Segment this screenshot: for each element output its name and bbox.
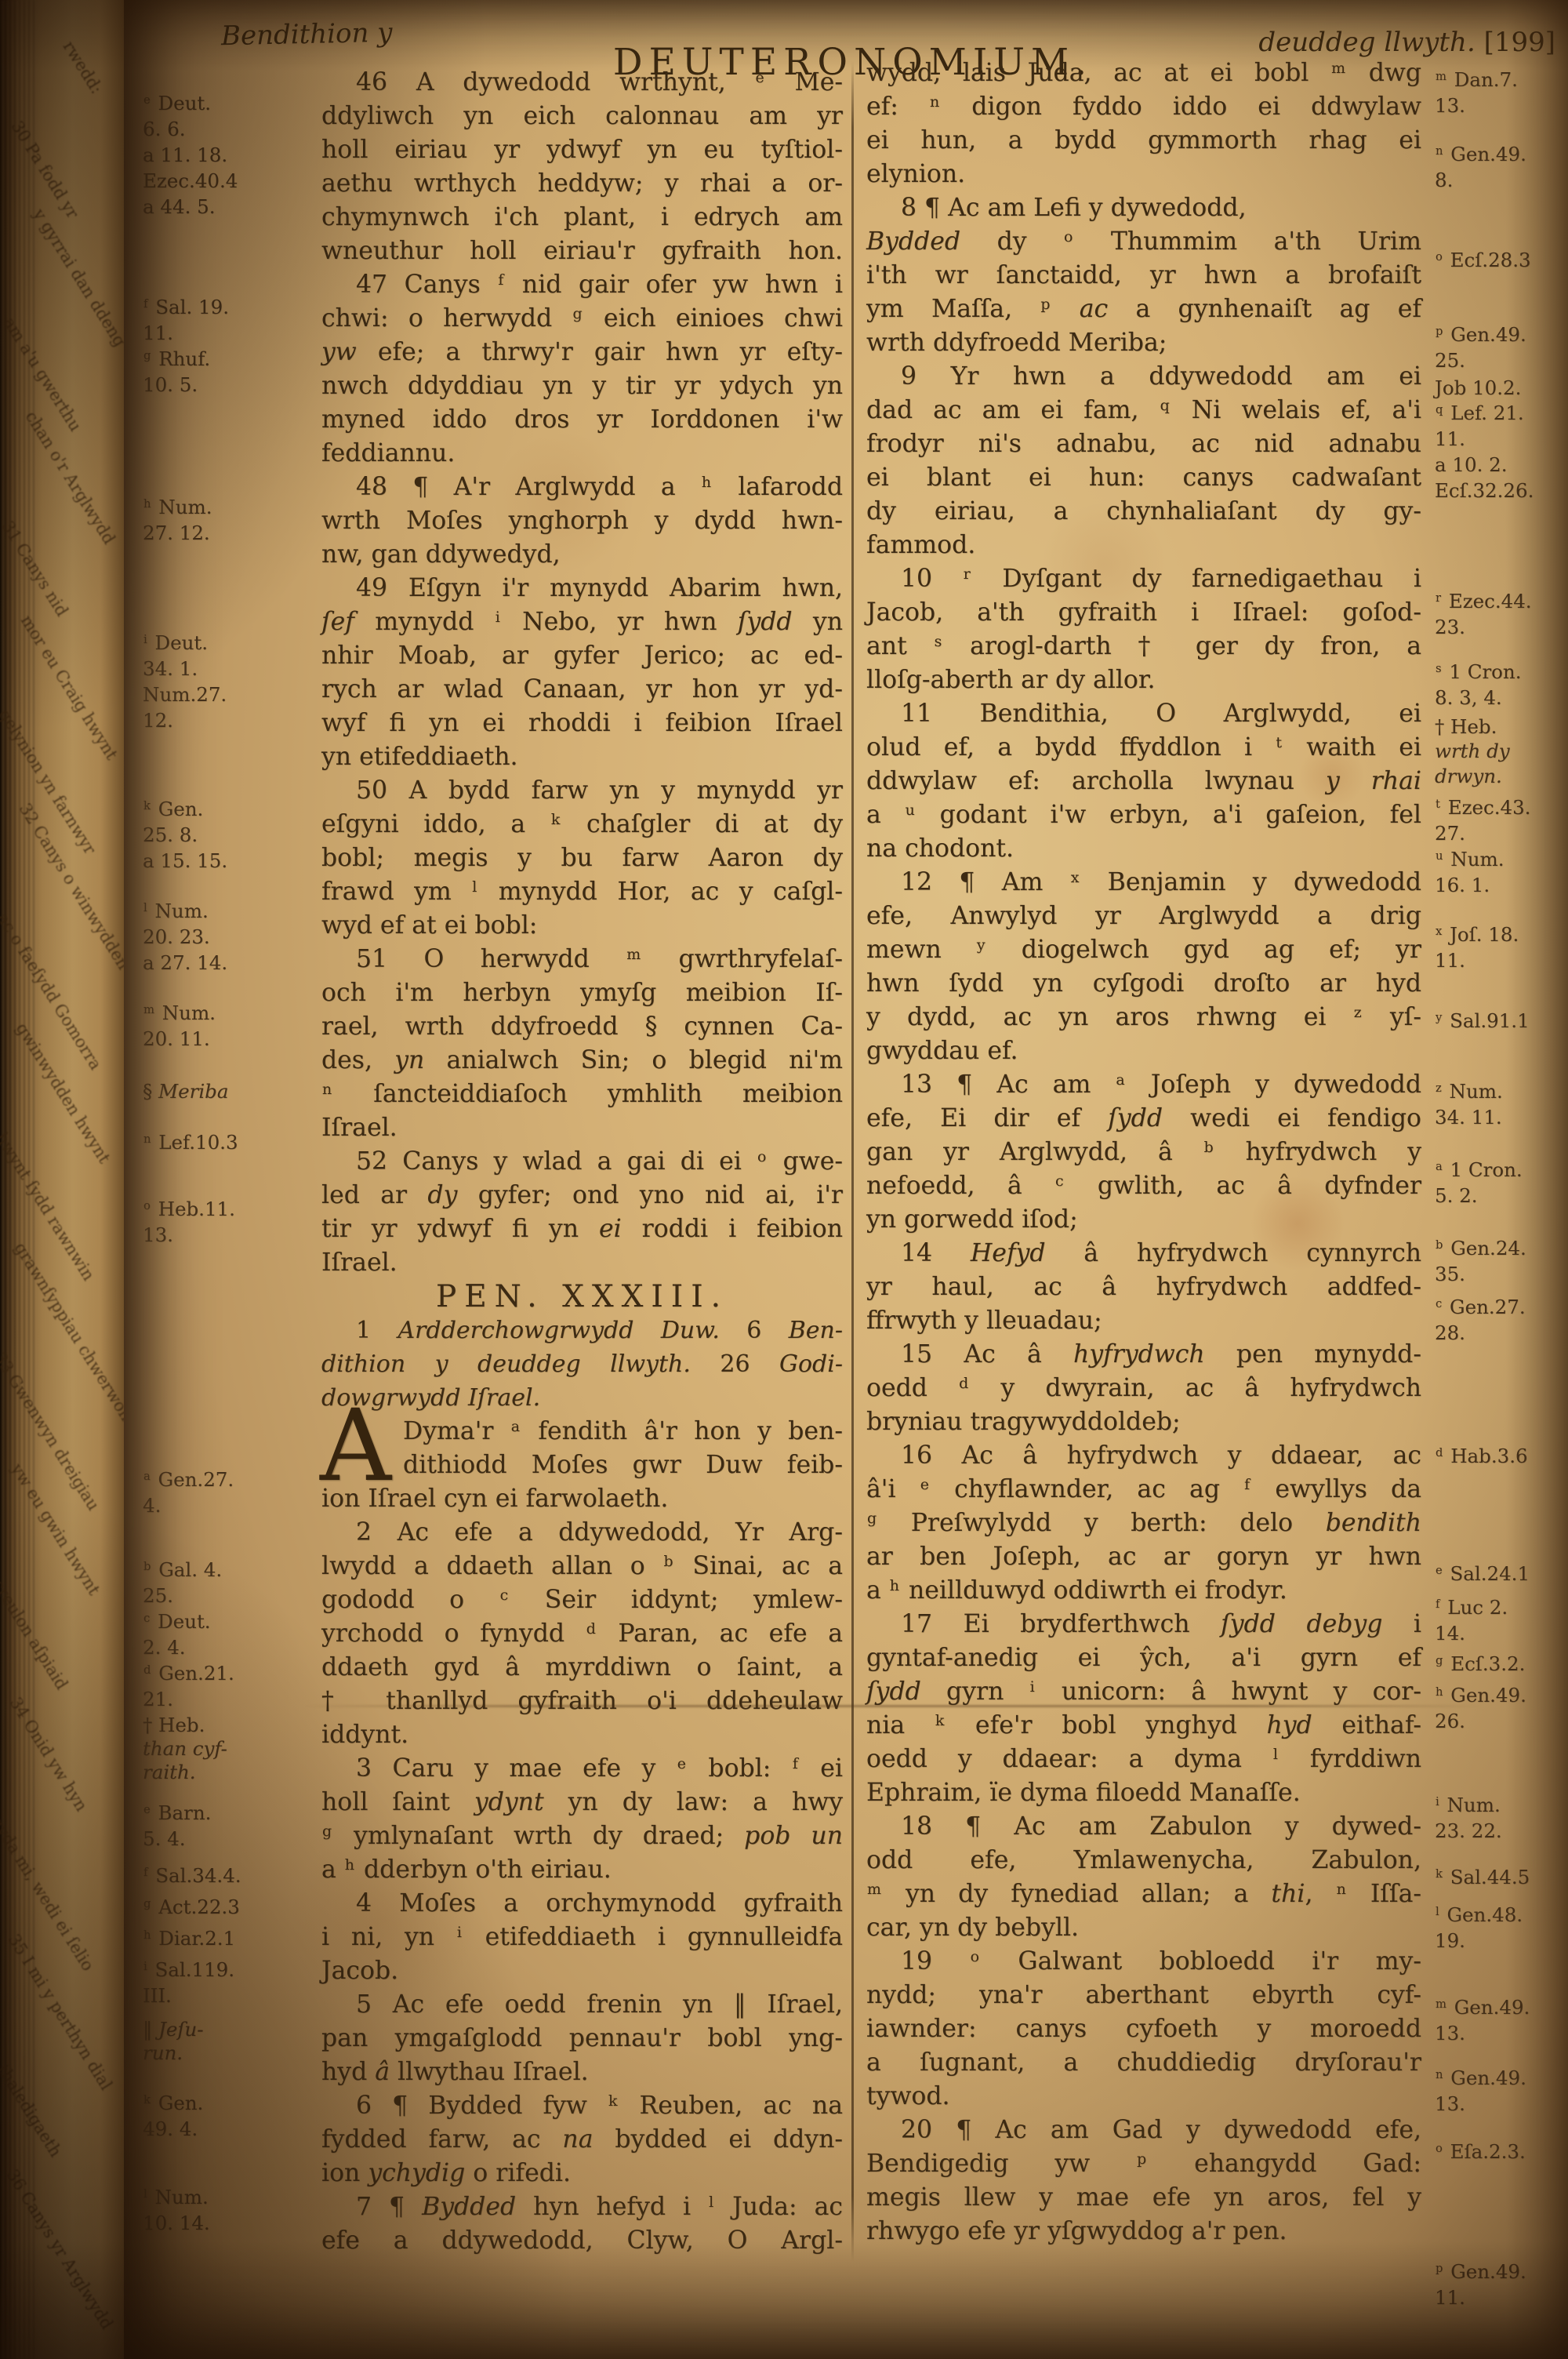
margin-note: 12. xyxy=(143,709,173,732)
text-line: nhir Moab, ar gyfer Jerico; ac ed- xyxy=(321,639,843,673)
margin-note: m Gen.49. xyxy=(1435,1996,1530,2019)
text-line: 4 Moſes a orchymynodd gyfraith xyxy=(321,1887,843,1921)
text-line: holl eiriau yr ydwyf yn eu tyſtiol- xyxy=(321,133,843,167)
text-line: 18 ¶ Ac am Zabulon y dywed- xyxy=(866,1810,1421,1844)
page: Bendithion y DEUTERONOMIUM. deuddeg llwy… xyxy=(124,0,1568,2359)
text-line: bobl; megis y bu farw Aaron dy xyxy=(321,841,843,875)
margin-note: o Heb.11. xyxy=(143,1198,235,1221)
text-line: pan ymgaſglodd pennau'r bobl yng- xyxy=(321,2022,843,2055)
margin-note: e Barn. xyxy=(143,1801,211,1825)
adjacent-page-text-fragment: rwedd: xyxy=(60,38,107,97)
margin-note: 14. xyxy=(1435,1622,1465,1645)
text-line: lloſg-aberth ar dy allor. xyxy=(866,663,1421,697)
margin-note: f Luc 2. xyxy=(1435,1596,1508,1619)
text-line: olud ef, a bydd ffyddlon i t waith ei xyxy=(866,731,1421,765)
text-line: 14 Hefyd â hyfrydwch cynnyrch xyxy=(866,1237,1421,1270)
margin-note: 6. 6. xyxy=(143,118,186,141)
margin-note: § Meriba xyxy=(143,1080,228,1103)
text-line: hyd â llwythau Iſrael. xyxy=(321,2055,843,2089)
margin-note: c Gen.27. xyxy=(1435,1296,1526,1319)
text-line: ſydd gyrn i unicorn: â hwynt y cor- xyxy=(866,1675,1421,1709)
text-line: 50 A bydd farw yn y mynydd yr xyxy=(321,774,843,808)
text-line: Dyma'r a fendith â'r hon y ben- xyxy=(403,1415,843,1448)
margin-note: n Gen.49. xyxy=(1435,2066,1526,2090)
text-line: wyd ef at ei bobl: xyxy=(321,909,843,943)
text-line: des, yn anialwch Sin; o blegid ni'm xyxy=(321,1044,843,1078)
paper-crease xyxy=(304,1705,1480,1707)
text-line: ant s arogl-darth † ger dy fron, a xyxy=(866,630,1421,663)
margin-note: h Diar.2.1 xyxy=(143,1927,235,1950)
text-line: tir yr ydwyf fi yn ei roddi i feibion xyxy=(321,1212,843,1246)
text-line: nw, gan ddywedyd, xyxy=(321,538,843,572)
text-line: Bydded dy o Thummim a'th Urim xyxy=(866,225,1421,259)
margin-note: Num.27. xyxy=(143,683,227,707)
margin-note: f Sal.34.4. xyxy=(143,1864,241,1888)
text-line: dithion y deuddeg llwyth. 26 Godi- xyxy=(321,1347,843,1381)
margin-note: Ecſ.32.26. xyxy=(1435,479,1534,503)
text-line: ffrwyth y lleuadau; xyxy=(866,1304,1421,1338)
text-line: a h dderbyn o'th eiriau. xyxy=(321,1853,843,1887)
text-line: mewn y diogelwch gyd ag ef; yr xyxy=(866,933,1421,967)
margin-note: 5. 2. xyxy=(1435,1184,1478,1208)
text-line: chymynwch i'ch plant, i edrych am xyxy=(321,201,843,234)
text-line: gan yr Arglwydd, â b hyfrydwch y xyxy=(866,1136,1421,1169)
margin-notes-left: e Deut.6. 6.a 11. 18.Ezec.40.4a 44. 5.f … xyxy=(143,0,319,2359)
text-line: dy eiriau, a chynhaliaſant dy gy- xyxy=(866,495,1421,529)
margin-note: f Sal. 19. xyxy=(143,296,229,319)
margin-note: o Eſa.2.3. xyxy=(1435,2140,1526,2164)
text-line: holl ſaint ydynt yn dy law: a hwy xyxy=(321,1786,843,1819)
text-line: 10 r Dyſgant dy farnedigaethau i xyxy=(866,562,1421,596)
margin-note: 21. xyxy=(143,1688,173,1711)
margin-note: 25. xyxy=(143,1584,173,1608)
margin-note: h Gen.49. xyxy=(1435,1684,1526,1707)
column-rule xyxy=(851,61,854,2262)
margin-note: 20. 11. xyxy=(143,1027,210,1051)
margin-note: c Deut. xyxy=(143,1610,211,1634)
text-line: ei blant ei hun: canys cadwaſant xyxy=(866,461,1421,495)
margin-note: 10. 14. xyxy=(143,2212,210,2235)
text-line: megis llew y mae efe yn aros, fel y xyxy=(866,2181,1421,2215)
text-line: eſgyni iddo, a k chaſgler di at dy xyxy=(321,808,843,841)
margin-note: h Num. xyxy=(143,496,212,519)
text-line: wyf fi yn ei rhoddi i feibion Iſrael xyxy=(321,707,843,740)
text-line: a u godant i'w erbyn, a'i gaſeion, fel xyxy=(866,798,1421,832)
margin-note: b Gen.24. xyxy=(1435,1237,1526,1260)
margin-note: Ezec.40.4 xyxy=(143,169,238,193)
margin-note: l Num. xyxy=(143,2186,209,2209)
book-photo: rwedd:30 Pa fodd yry gyrrai dan ddengam … xyxy=(0,0,1568,2359)
text-line: 52 Canys y wlad a gai di ei o gwe- xyxy=(321,1145,843,1179)
margin-note: 13. xyxy=(1435,2022,1465,2045)
text-line: PEN. XXXIII. xyxy=(321,1280,843,1314)
margin-note: 13. xyxy=(143,1223,173,1247)
text-line: led ar dy gyfer; ond yno nid ai, i'r xyxy=(321,1179,843,1212)
text-line: bryniau tragywyddoldeb; xyxy=(866,1405,1421,1439)
text-line: frodyr ni's adnabu, ac nid adnabu xyxy=(866,427,1421,461)
text-line: 6 ¶ Bydded fyw k Reuben, ac na xyxy=(321,2089,843,2123)
margin-note: i Deut. xyxy=(143,631,208,655)
text-line: yr haul, ac â hyfrydwch addfed- xyxy=(866,1270,1421,1304)
margin-note: k Gen. xyxy=(143,2092,203,2115)
margin-note: 13. xyxy=(1435,94,1465,118)
text-line: Jacob. xyxy=(321,1954,843,1988)
text-line: aethu wrthych heddyw; y rhai a or- xyxy=(321,167,843,201)
text-line: nwch ddyddiau yn y tir yr ydych yn xyxy=(321,369,843,403)
text-line: chwi: o herwydd g eich einioes chwi xyxy=(321,302,843,336)
margin-note: i Num. xyxy=(1435,1794,1501,1817)
text-line: â'i e chyflawnder, ac ag f ewyllys da xyxy=(866,1473,1421,1507)
margin-note: x Joſ. 18. xyxy=(1435,923,1519,947)
margin-note: p Gen.49. xyxy=(1435,323,1526,347)
text-line: i ni, yn i etifeddiaeth i gynnulleidfa xyxy=(321,1921,843,1954)
text-line: 5 Ac efe oedd frenin yn ‖ Iſrael, xyxy=(321,1988,843,2022)
margin-note: b Gal. 4. xyxy=(143,1558,222,1582)
margin-note: 25. 8. xyxy=(143,823,198,847)
text-line: Iſrael. xyxy=(321,1111,843,1145)
margin-note: 35. xyxy=(1435,1263,1465,1286)
text-line: rael, wrth ddyfroedd § cynnen Ca- xyxy=(321,1010,843,1044)
text-line: 19 o Galwant bobloedd i'r my- xyxy=(866,1945,1421,1979)
margin-note: a 27. 14. xyxy=(143,951,227,975)
margin-note: 27. 12. xyxy=(143,522,210,545)
text-line: feddiannu. xyxy=(321,437,843,471)
margin-note: 16. 1. xyxy=(1435,874,1490,897)
text-line: na chodont. xyxy=(866,832,1421,866)
margin-note: n Gen.49. xyxy=(1435,143,1526,166)
text-line: 3 Caru y mae efe y e bobl: f ei xyxy=(321,1752,843,1786)
text-line: 17 Ei brydferthwch ſydd debyg i xyxy=(866,1608,1421,1641)
drop-cap: A xyxy=(320,1402,400,1490)
text-line: tywod. xyxy=(866,2080,1421,2114)
text-line: rych ar wlad Canaan, yr hon yr yd- xyxy=(321,673,843,707)
margin-note: † Heb. xyxy=(1435,715,1497,739)
margin-note: o Ecſ.28.3 xyxy=(1435,249,1531,272)
margin-note: e Sal.24.1 xyxy=(1435,1562,1530,1586)
text-line: dad ac am ei fam, q Ni welais ef, a'i xyxy=(866,394,1421,427)
margin-note: s 1 Cron. xyxy=(1435,660,1522,684)
adjacent-page-edge: rwedd:30 Pa fodd yry gyrrai dan ddengam … xyxy=(0,0,140,2359)
margin-note: y Sal.91.1 xyxy=(1435,1009,1530,1033)
text-line: oedd d y dwyrain, ac â hyfrydwch xyxy=(866,1372,1421,1405)
text-line: 8 ¶ Ac am Lefi y dywedodd, xyxy=(866,191,1421,225)
text-line: elynion. xyxy=(866,158,1421,191)
margin-note: g Ecſ.3.2. xyxy=(1435,1652,1525,1676)
margin-note: 23. xyxy=(1435,616,1465,639)
text-line: lwydd a ddaeth allan o b Sinai, ac a xyxy=(321,1550,843,1583)
text-line: g Preſwylydd y berth: delo bendith xyxy=(866,1507,1421,1540)
text-line: ion ychydig o rifedi. xyxy=(321,2157,843,2190)
text-line: ſef mynydd i Nebo, yr hwn ſydd yn xyxy=(321,605,843,639)
text-line: 47 Canys f nid gair ofer yw hwn i xyxy=(321,268,843,302)
margin-note: † Heb. xyxy=(143,1714,205,1737)
text-line: rhwygo efe yr yſgwyddog a'r pen. xyxy=(866,2215,1421,2248)
margin-note: 11. xyxy=(1435,427,1465,451)
text-line: efe, Ei dir ef ſydd wedi ei fendigo xyxy=(866,1102,1421,1136)
margin-note: g Act.22.3 xyxy=(143,1896,240,1919)
text-line: Iſrael. xyxy=(321,1246,843,1280)
text-line: odd efe, Ymlawenycha, Zabulon, xyxy=(866,1844,1421,1877)
adjacent-page-text-fragment: y gyrrai dan ddeng xyxy=(30,205,130,350)
text-line: † thanllyd gyfraith o'i ddeheulaw xyxy=(321,1685,843,1718)
margin-note: u Num. xyxy=(1435,848,1504,871)
margin-note: g Rhuf. xyxy=(143,347,210,371)
text-line: oedd y ddaear: a dyma l fyrddiwn xyxy=(866,1743,1421,1776)
margin-note: than cyf- xyxy=(143,1737,227,1761)
text-line: nefoedd, â c gwlith, ac â dyfnder xyxy=(866,1169,1421,1203)
text-line: fammod. xyxy=(866,529,1421,562)
margin-note: 26. xyxy=(1435,1710,1465,1733)
text-line: 16 Ac â hyfrydwch y ddaear, ac xyxy=(866,1439,1421,1473)
text-line: nia k efe'r bobl ynghyd hyd eithaf- xyxy=(866,1709,1421,1743)
margin-note: 13. xyxy=(1435,2092,1465,2116)
margin-note: m Num. xyxy=(143,1001,216,1025)
margin-note: 5. 4. xyxy=(143,1827,186,1851)
text-line: 9 Yr hwn a ddywedodd am ei xyxy=(866,360,1421,394)
text-line: ef: n digon fyddo iddo ei ddwylaw xyxy=(866,90,1421,124)
text-line: yn etifeddiaeth. xyxy=(321,740,843,774)
text-line: 49 Eſgyn i'r mynydd Abarim hwn, xyxy=(321,572,843,605)
text-line: Ephraim, ïe dyma filoedd Manaſſe. xyxy=(866,1776,1421,1810)
margin-note: t Ezec.43. xyxy=(1435,796,1530,820)
margin-note: 11. xyxy=(1435,949,1465,972)
margin-note: a Gen.27. xyxy=(143,1468,234,1492)
text-line: iawnder: canys cyfoeth y moroedd xyxy=(866,2012,1421,2046)
text-line: wrth Moſes ynghorph y dydd hwn- xyxy=(321,504,843,538)
margin-note: a 10. 2. xyxy=(1435,453,1508,477)
margin-note: 28. xyxy=(1435,1321,1465,1345)
text-line: myned iddo dros yr Iorddonen i'w xyxy=(321,403,843,437)
margin-note: 19. xyxy=(1435,1929,1465,1953)
text-line: a ſugnant, a chuddiedig dryſorau'r xyxy=(866,2046,1421,2080)
text-line: yn gorwedd iſod; xyxy=(866,1203,1421,1237)
text-line: frawd ym l mynydd Hor, ac y caſgl- xyxy=(321,875,843,909)
margin-note: 8. xyxy=(1435,169,1453,192)
text-line: 13 ¶ Ac am a Joſeph y dywedodd xyxy=(866,1068,1421,1102)
text-line: i'th wr ſanctaidd, yr hwn a brofaiſt xyxy=(866,259,1421,293)
text-line: n ſancteiddiaſoch ymhlith meibion xyxy=(321,1078,843,1111)
margin-note: wrth dy xyxy=(1435,740,1510,763)
text-line: yrchodd o fynydd d Paran, ac efe a xyxy=(321,1617,843,1651)
text-line: dithiodd Moſes gwr Duw feib- xyxy=(403,1448,843,1482)
margin-note: 23. 22. xyxy=(1435,1819,1502,1843)
text-line: ddwylaw ef: archolla lwynau y rhai xyxy=(866,765,1421,798)
margin-note: 25. xyxy=(1435,349,1465,373)
text-line: gyntaf-anedig ei ŷch, a'i gyrn ef xyxy=(866,1641,1421,1675)
text-line: iddynt. xyxy=(321,1718,843,1752)
margin-note: III. xyxy=(143,1984,172,2008)
text-line: 2 Ac efe a ddywedodd, Yr Arg- xyxy=(321,1516,843,1550)
text-line: 51 O herwydd m gwrthryfelaſ- xyxy=(321,943,843,976)
margin-note: 11. xyxy=(143,322,173,345)
text-line: wneuthur holl eiriau'r gyfraith hon. xyxy=(321,234,843,268)
text-line: 1 Ardderchowgrwydd Duw. 6 Ben- xyxy=(321,1314,843,1347)
text-line: ym Maſſa, p ac a gynhenaiſt ag ef xyxy=(866,293,1421,326)
margin-note: a 11. 18. xyxy=(143,144,227,167)
margin-note: l Gen.48. xyxy=(1435,1903,1523,1927)
text-line: 48 ¶ A'r Arglwydd a h lafarodd xyxy=(321,471,843,504)
margin-note: Job 10.2. xyxy=(1435,376,1521,400)
text-line: 20 ¶ Ac am Gad y dywedodd efe, xyxy=(866,2114,1421,2147)
margin-note: r Ezec.44. xyxy=(1435,590,1532,613)
text-column-left: A 46 A dywedodd wrthynt, e Me-ddyliwch y… xyxy=(321,66,843,2258)
margin-notes-right: m Dan.7.13.n Gen.49.8.o Ecſ.28.3p Gen.49… xyxy=(1435,0,1566,2359)
text-line: car, yn dy bebyll. xyxy=(866,1911,1421,1945)
text-line: a h neillduwyd oddiwrth ei frodyr. xyxy=(866,1574,1421,1608)
text-line: ei hun, a bydd gymmorth rhag ei xyxy=(866,124,1421,158)
margin-note: l Num. xyxy=(143,900,209,923)
text-line: g ymlynaſant wrth dy draed; pob un xyxy=(321,1819,843,1853)
margin-note: n Lef.10.3 xyxy=(143,1131,238,1154)
text-line: gododd o c Seir iddynt; ymlew- xyxy=(321,1583,843,1617)
text-line: och i'm herbyn ymyſg meibion Iſ- xyxy=(321,976,843,1010)
margin-note: drwyn. xyxy=(1435,765,1502,788)
margin-note: z Num. xyxy=(1435,1080,1503,1103)
margin-note: 11. xyxy=(1435,2286,1465,2310)
margin-note: k Sal.44.5 xyxy=(1435,1866,1530,1889)
margin-note: run. xyxy=(143,2041,183,2065)
margin-note: a 44. 5. xyxy=(143,195,216,219)
margin-note: e Deut. xyxy=(143,92,211,115)
text-line: ddaeth gyd â myrddiwn o ſaint, a xyxy=(321,1651,843,1685)
text-line: fydded farw, ac na bydded ei ddyn- xyxy=(321,2123,843,2157)
margin-note: 34. 11. xyxy=(1435,1106,1502,1129)
margin-note: 20. 23. xyxy=(143,925,210,949)
text-line: nydd; yna'r aberthant ebyrth cyf- xyxy=(866,1979,1421,2012)
text-line: m yn dy fynediad allan; a thi, n Iſſa- xyxy=(866,1877,1421,1911)
margin-note: ‖ Jeſu- xyxy=(143,2018,204,2041)
margin-note: i Sal.119. xyxy=(143,1958,234,1982)
margin-note: a 15. 15. xyxy=(143,849,227,873)
margin-note: k Gen. xyxy=(143,798,203,821)
margin-note: 8. 3, 4. xyxy=(1435,686,1502,710)
text-line: wydd, lais Juda, ac at ei bobl m dwg xyxy=(866,56,1421,90)
text-line: gwyddau ef. xyxy=(866,1034,1421,1068)
text-line: efe a ddywedodd, Clyw, O Argl- xyxy=(321,2224,843,2258)
margin-note: d Hab.3.6 xyxy=(1435,1445,1528,1468)
text-line: 15 Ac â hyfrydwch pen mynydd- xyxy=(866,1338,1421,1372)
text-line: Jacob, a'th gyfraith i Iſrael: goſod- xyxy=(866,596,1421,630)
text-line: 12 ¶ Am x Benjamin y dywedodd xyxy=(866,866,1421,900)
text-line: ar ben Joſeph, ac ar goryn yr hwn xyxy=(866,1540,1421,1574)
text-line: hwn ſydd yn cyſgodi droſto ar hyd xyxy=(866,967,1421,1001)
margin-note: 10. 5. xyxy=(143,373,198,397)
margin-note: raith. xyxy=(143,1761,196,1784)
margin-note: 34. 1. xyxy=(143,657,198,681)
text-line: 11 Bendithia, O Arglwydd, ei xyxy=(866,697,1421,731)
text-line: ddyliwch yn eich calonnau am yr xyxy=(321,100,843,133)
text-line: Bendigedig yw p ehangydd Gad: xyxy=(866,2147,1421,2181)
margin-note: q Lef. 21. xyxy=(1435,402,1524,425)
text-column-right: wydd, lais Juda, ac at ei bobl m dwgef: … xyxy=(866,56,1421,2248)
margin-note: m Dan.7. xyxy=(1435,68,1518,92)
text-line: 46 A dywedodd wrthynt, e Me- xyxy=(321,66,843,100)
text-line: 7 ¶ Bydded hyn hefyd i l Juda: ac xyxy=(321,2190,843,2224)
text-line: yw efe; a thrwy'r gair hwn yr eſty- xyxy=(321,336,843,369)
margin-note: 2. 4. xyxy=(143,1636,186,1659)
margin-note: a 1 Cron. xyxy=(1435,1158,1523,1182)
margin-note: d Gen.21. xyxy=(143,1662,234,1685)
margin-note: 49. 4. xyxy=(143,2117,198,2141)
text-line: efe, Anwylyd yr Arglwydd a drig xyxy=(866,900,1421,933)
text-line: wrth ddyfroedd Meriba; xyxy=(866,326,1421,360)
margin-note: p Gen.49. xyxy=(1435,2260,1526,2284)
margin-note: 4. xyxy=(143,1494,161,1518)
margin-note: 27. xyxy=(1435,822,1465,845)
text-line: y dydd, ac yn aros rhwng ei z yſ- xyxy=(866,1001,1421,1034)
